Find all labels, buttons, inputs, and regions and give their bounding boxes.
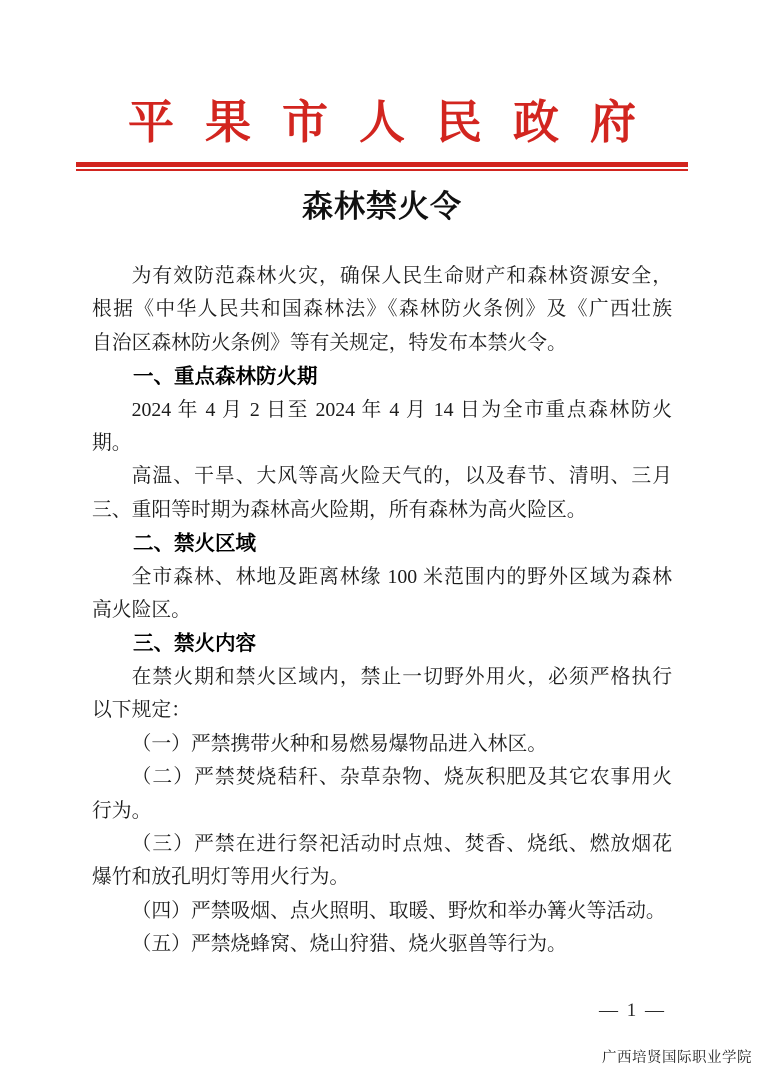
document-line: （一）严禁携带火种和易燃易爆物品进入林区。	[92, 728, 672, 761]
document-line: （二）严禁焚烧秸秆、杂草杂物、烧灰积肥及其它农事用火	[92, 761, 672, 794]
document-line: 高火险区。	[92, 594, 672, 627]
document-line: （四）严禁吸烟、点火照明、取暖、野炊和举办篝火等活动。	[92, 895, 672, 928]
document-line: （三）严禁在进行祭祀活动时点烛、焚香、烧纸、燃放烟花	[92, 828, 672, 861]
footer-text: 广西培贤国际职业学院	[602, 1046, 752, 1067]
document-line: （五）严禁烧蜂窝、烧山狩猎、烧火驱兽等行为。	[92, 928, 672, 961]
document-line: 根据《中华人民共和国森林法》《森林防火条例》及《广西壮族	[92, 293, 672, 326]
document-line: 全市森林、林地及距离林缘 100 米范围内的野外区域为森林	[92, 561, 672, 594]
section-heading: 三、禁火内容	[92, 627, 672, 660]
document-line: 在禁火期和禁火区域内，禁止一切野外用火，必须严格执行	[92, 661, 672, 694]
section-heading: 一、重点森林防火期	[92, 360, 672, 393]
section-heading: 二、禁火区域	[92, 527, 672, 560]
document-line: 自治区森林防火条例》等有关规定，特发布本禁火令。	[92, 327, 672, 360]
document-title: 森林禁火令	[0, 186, 764, 228]
document-line: 行为。	[92, 795, 672, 828]
document-line: 爆竹和放孔明灯等用火行为。	[92, 861, 672, 894]
document-line: 2024 年 4 月 2 日至 2024 年 4 月 14 日为全市重点森林防火	[92, 394, 672, 427]
document-line: 三、重阳等时期为森林高火险期，所有森林为高火险区。	[92, 494, 672, 527]
government-header-title: 平果市人民政府	[0, 94, 764, 152]
page-number: — 1 —	[599, 1000, 666, 1022]
document-line: 以下规定：	[92, 694, 672, 727]
document-line: 高温、干旱、大风等高火险天气的，以及春节、清明、三月	[92, 460, 672, 493]
letterhead-divider	[76, 162, 688, 171]
document-line: 期。	[92, 427, 672, 460]
document-line: 为有效防范森林火灾，确保人民生命财产和森林资源安全，	[92, 260, 672, 293]
document-page: 平果市人民政府 森林禁火令 为有效防范森林火灾，确保人民生命财产和森林资源安全，…	[0, 0, 764, 1080]
document-body: 为有效防范森林火灾，确保人民生命财产和森林资源安全，根据《中华人民共和国森林法》…	[92, 260, 672, 962]
